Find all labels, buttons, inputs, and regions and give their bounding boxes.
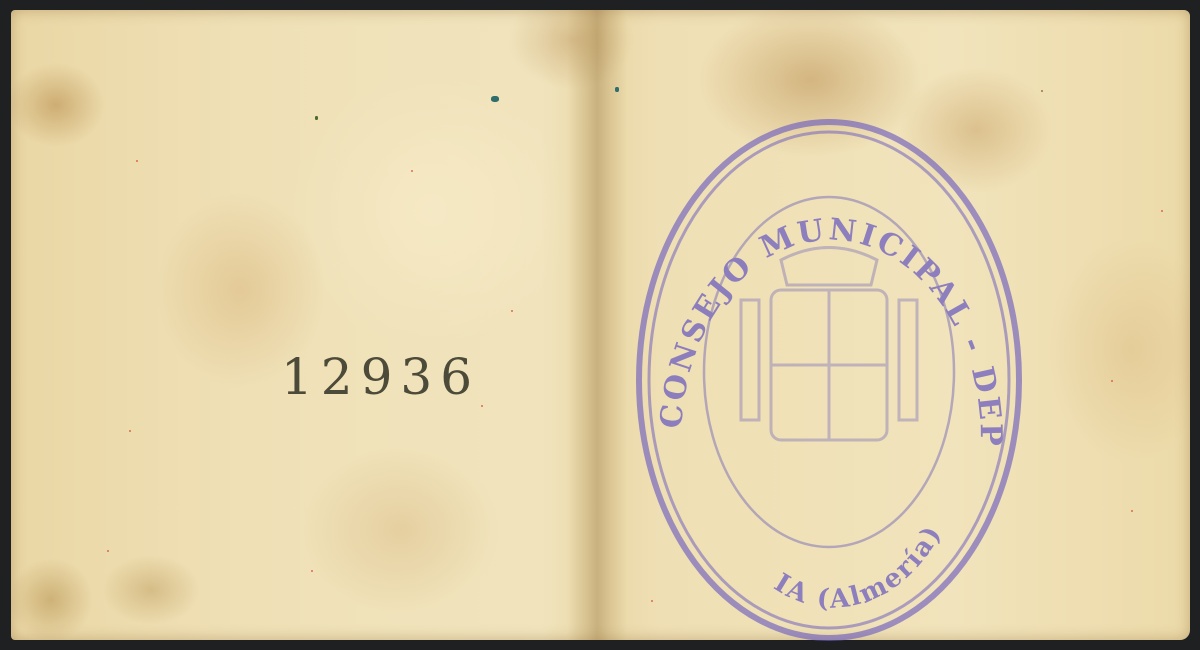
banknote-reverse: 12936 CONSEJO MUNICIPAL - DEPOSITARIA IA…	[11, 10, 1190, 640]
stamp-top-text: CONSEJO MUNICIPAL - DEPOSITARIA	[621, 110, 1008, 449]
ink-blot	[315, 116, 318, 120]
coat-of-arms-icon	[741, 248, 917, 441]
stamp-bottom-text: IA (Almería)	[769, 520, 948, 615]
serial-number: 12936	[281, 348, 480, 406]
ink-blot	[491, 96, 499, 102]
fold-crease	[567, 10, 627, 640]
municipal-stamp: CONSEJO MUNICIPAL - DEPOSITARIA IA (Alme…	[621, 110, 1041, 650]
ink-blot	[615, 87, 619, 92]
